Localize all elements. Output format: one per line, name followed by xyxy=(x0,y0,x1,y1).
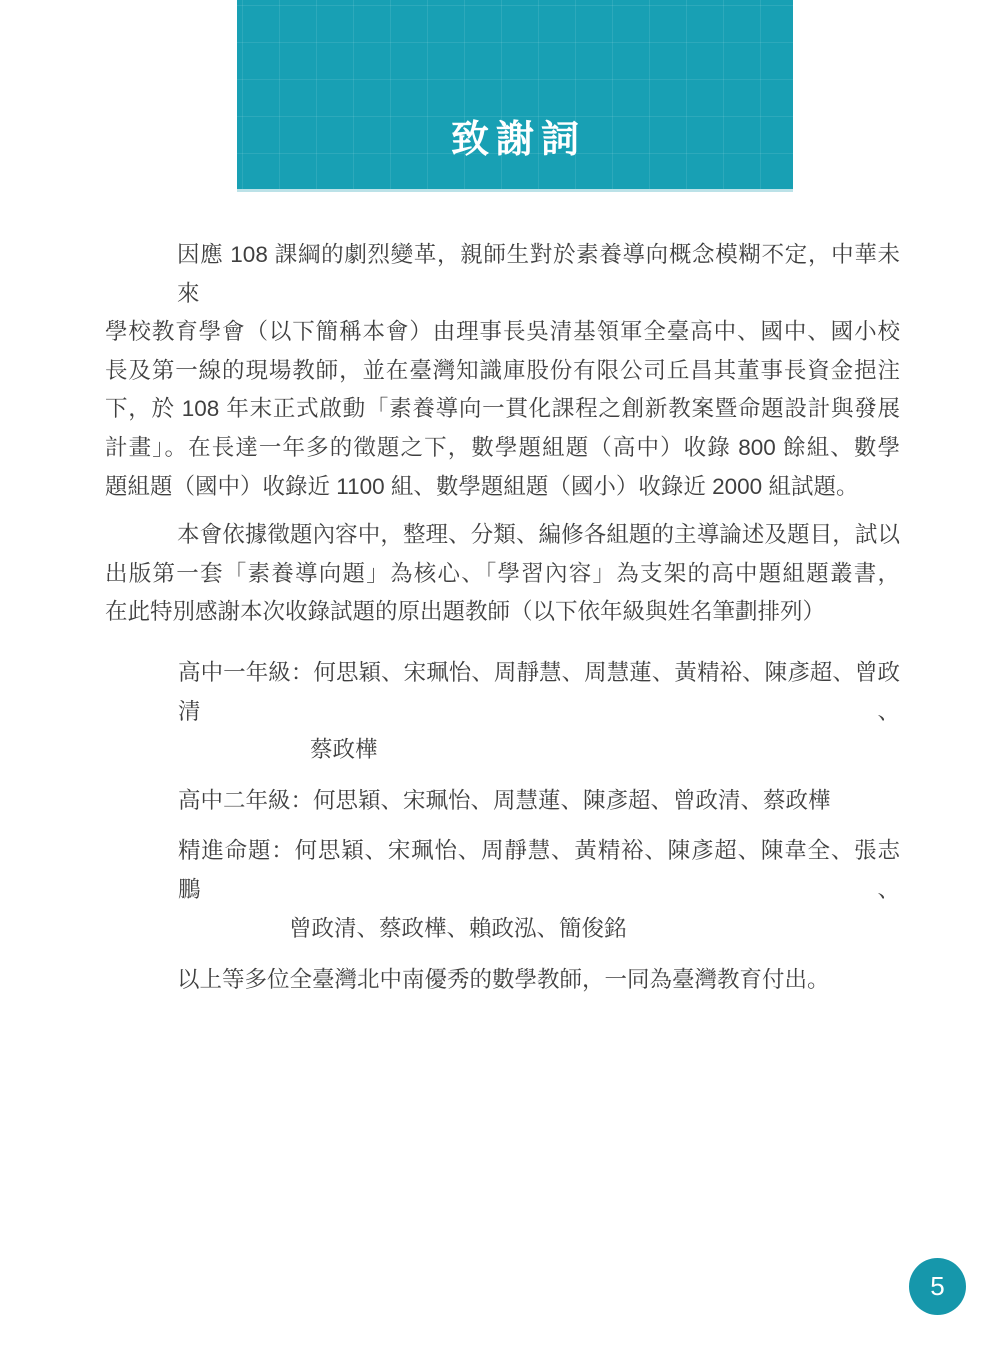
credit-line: 高中一年級：何思穎、宋珮怡、周靜慧、周慧蓮、黃精裕、陳彥超、曾政清、 xyxy=(105,654,900,731)
credit-item-grade10: 高中一年級：何思穎、宋珮怡、周靜慧、周慧蓮、黃精裕、陳彥超、曾政清、 蔡政樺 xyxy=(105,654,900,770)
paragraph-2: 本會依據徵題內容中，整理、分類、編修各組題的主導論述及題目，試以 出版第一套「素… xyxy=(105,516,900,632)
document-page: 致謝詞 因應 108 課綱的劇烈變革，親師生對於素養導向概念模糊不定，中華未來 … xyxy=(0,0,1000,1353)
paragraph-line: 在此特別感謝本次收錄試題的原出題教師（以下依年級與姓名筆劃排列） xyxy=(105,593,900,632)
credit-line: 曾政清、蔡政樺、賴政泓、簡俊銘 xyxy=(105,910,900,949)
chapter-banner: 致謝詞 xyxy=(237,0,793,192)
credit-item-grade11: 高中二年級：何思穎、宋珮怡、周慧蓮、陳彥超、曾政清、蔡政樺 xyxy=(105,782,900,821)
credits-list: 高中一年級：何思穎、宋珮怡、周靜慧、周慧蓮、黃精裕、陳彥超、曾政清、 蔡政樺 高… xyxy=(105,654,900,948)
page-body: 因應 108 課綱的劇烈變革，親師生對於素養導向概念模糊不定，中華未來 學校教育… xyxy=(105,236,900,1000)
paragraph-line: 題組題（國中）收錄近 1100 組、數學題組題（國小）收錄近 2000 組試題。 xyxy=(105,468,900,507)
credit-item-advanced: 精進命題：何思穎、宋珮怡、周靜慧、黃精裕、陳彥超、陳韋全、張志鵬、 曾政清、蔡政… xyxy=(105,832,900,948)
paragraph-line: 本會依據徵題內容中，整理、分類、編修各組題的主導論述及題目，試以 xyxy=(105,516,900,555)
page-number-badge: 5 xyxy=(909,1258,966,1315)
paragraph-line: 學校教育學會（以下簡稱本會）由理事長吳清基領軍全臺高中、國中、國小校 xyxy=(105,313,900,352)
page-number: 5 xyxy=(930,1271,944,1302)
paragraph-line: 下，於 108 年末正式啟動「素養導向一貫化課程之創新教案暨命題設計與發展 xyxy=(105,390,900,429)
chapter-title: 致謝詞 xyxy=(451,121,586,159)
closing-paragraph: 以上等多位全臺灣北中南優秀的數學教師，一同為臺灣教育付出。 xyxy=(105,961,900,1000)
paragraph-line: 出版第一套「素養導向題」為核心、「學習內容」為支架的高中題組題叢書， xyxy=(105,555,900,594)
credit-line: 蔡政樺 xyxy=(105,731,900,770)
paragraph-line: 長及第一線的現場教師，並在臺灣知識庫股份有限公司丘昌其董事長資金挹注 xyxy=(105,352,900,391)
paragraph-line: 計畫」。在長達一年多的徵題之下，數學題組題（高中）收錄 800 餘組、數學 xyxy=(105,429,900,468)
paragraph-line: 因應 108 課綱的劇烈變革，親師生對於素養導向概念模糊不定，中華未來 xyxy=(105,236,900,313)
credit-line: 高中二年級：何思穎、宋珮怡、周慧蓮、陳彥超、曾政清、蔡政樺 xyxy=(105,782,900,821)
credit-line: 精進命題：何思穎、宋珮怡、周靜慧、黃精裕、陳彥超、陳韋全、張志鵬、 xyxy=(105,832,900,909)
closing-line: 以上等多位全臺灣北中南優秀的數學教師，一同為臺灣教育付出。 xyxy=(105,961,900,1000)
paragraph-1: 因應 108 課綱的劇烈變革，親師生對於素養導向概念模糊不定，中華未來 學校教育… xyxy=(105,236,900,506)
